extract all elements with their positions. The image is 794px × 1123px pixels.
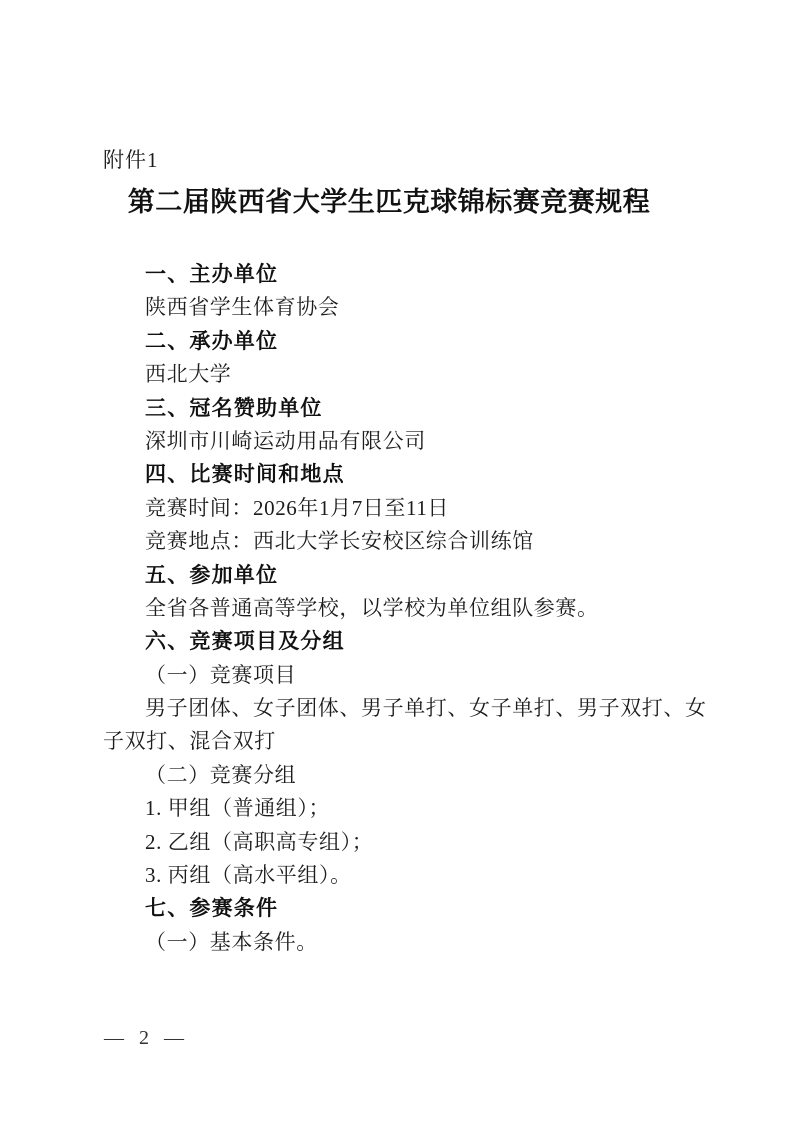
paragraph-sponsor: 深圳市川崎运动用品有限公司	[103, 425, 707, 458]
section-heading-participants: 五、参加单位	[103, 559, 707, 592]
document-page: 附件1 第二届陕西省大学生匹克球锦标赛竞赛规程 一、主办单位 陕西省学生体育协会…	[0, 0, 794, 1123]
page-number: — 2 —	[104, 1027, 185, 1050]
paragraph-events-line2: 子双打、混合双打	[103, 725, 707, 758]
section-heading-time-venue: 四、比赛时间和地点	[103, 458, 707, 491]
section-heading-host-unit: 一、主办单位	[103, 258, 707, 291]
paragraph-organizer: 西北大学	[103, 358, 707, 391]
document-title: 第二届陕西省大学生匹克球锦标赛竞赛规程	[0, 180, 778, 219]
subsection-basic-conditions: （一）基本条件。	[103, 926, 707, 959]
paragraph-venue: 竞赛地点：西北大学长安校区综合训练馆	[103, 525, 707, 558]
attachment-label: 附件1	[103, 144, 159, 174]
section-heading-organizer: 二、承办单位	[103, 325, 707, 358]
list-item-group-b: 2. 乙组（高职高专组）；	[103, 826, 707, 859]
paragraph-time: 竞赛时间：2026年1月7日至11日	[103, 492, 707, 525]
list-item-group-c: 3. 丙组（高水平组）。	[103, 859, 707, 892]
document-body: 一、主办单位 陕西省学生体育协会 二、承办单位 西北大学 三、冠名赞助单位 深圳…	[103, 258, 707, 959]
section-heading-entry-conditions: 七、参赛条件	[103, 892, 707, 925]
paragraph-host-unit: 陕西省学生体育协会	[103, 291, 707, 324]
section-heading-sponsor: 三、冠名赞助单位	[103, 392, 707, 425]
paragraph-events-line1: 男子团体、女子团体、男子单打、女子单打、男子双打、女	[103, 692, 707, 725]
section-heading-events-groups: 六、竞赛项目及分组	[103, 625, 707, 658]
list-item-group-a: 1. 甲组（普通组）；	[103, 792, 707, 825]
subsection-groups: （二）竞赛分组	[103, 759, 707, 792]
subsection-events: （一）竞赛项目	[103, 659, 707, 692]
paragraph-participants: 全省各普通高等学校，以学校为单位组队参赛。	[103, 592, 707, 625]
